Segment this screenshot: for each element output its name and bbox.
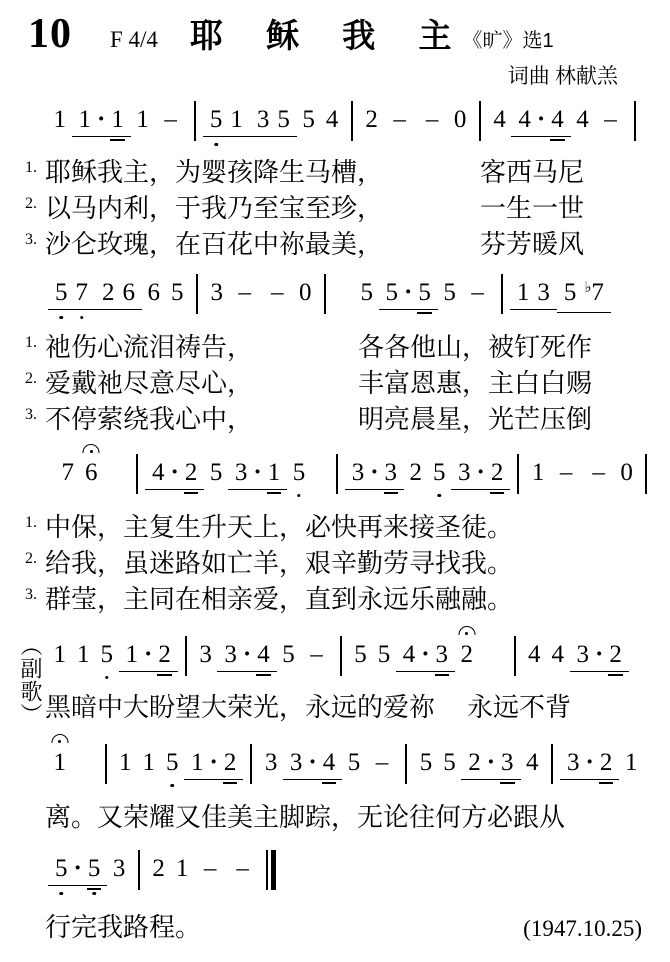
note: 7	[72, 278, 93, 308]
note: 5	[204, 458, 228, 488]
dash-note: –	[582, 458, 615, 488]
note: 0	[615, 458, 639, 488]
final-barline	[266, 850, 276, 890]
note: 1	[72, 640, 96, 670]
double-underline	[384, 492, 399, 494]
double-underline	[550, 139, 565, 141]
note: 1	[75, 105, 96, 135]
note: 5	[414, 278, 435, 308]
octave-dot	[60, 892, 64, 896]
note-group: 13	[510, 278, 557, 310]
octave-dot	[92, 892, 96, 896]
octave-dot	[80, 316, 84, 320]
fermata-dot	[465, 632, 468, 635]
barline	[645, 454, 647, 494]
hymn-sheet-page: 10 F 4/4 耶 稣 我 主 《旷》选1 词曲 林献羔 11·11–5135…	[0, 0, 670, 962]
chorus-section: （副歌） 1151·233·45–554·32443·2 黑暗中大盼望大荣光，永…	[0, 618, 670, 726]
note: 4	[521, 748, 545, 778]
barline	[324, 274, 326, 314]
chorus-lyric-line-1: 黑暗中大盼望大荣光，永远的爱祢永远不背	[0, 690, 670, 726]
fermata-icon	[458, 626, 475, 635]
note: 3	[253, 105, 274, 135]
note: 5	[438, 278, 462, 308]
note: 5	[277, 640, 301, 670]
barline	[514, 636, 516, 676]
fermata-dot	[58, 740, 61, 743]
verse-row: 2.以马内利，于我乃至宝至珍，一生一世	[0, 191, 670, 227]
dash-note: –	[229, 278, 262, 308]
music-line-2: 5726653––055·55–135♭7	[48, 263, 670, 328]
barline	[196, 274, 198, 314]
verse-text-right: 芬芳暖风	[480, 227, 584, 263]
verse-block-2: 1.祂伤心流泪祷告，各各他山，被钉死作2.爱戴祂尽意尽心，丰富恩惠，主白白赐3.…	[0, 330, 670, 438]
note: 2	[220, 748, 241, 778]
verse-text-left: 沙仑玫瑰，在百花中祢最美，	[45, 230, 383, 259]
double-underline	[490, 492, 505, 494]
note: 2	[605, 640, 626, 670]
note: 5	[95, 640, 119, 670]
note: 5	[438, 748, 462, 778]
note: 4	[523, 640, 547, 670]
note: 5	[84, 854, 105, 884]
note: 3	[231, 458, 252, 488]
note: 4	[488, 105, 512, 135]
note-group: 3·3	[345, 458, 404, 490]
double-underline	[608, 674, 623, 676]
dot-separator: ·	[306, 748, 318, 778]
music-line-4: 1151·233·45–554·32443·2	[48, 618, 670, 690]
verse-number: 2.	[25, 541, 37, 577]
note: 1	[170, 854, 194, 884]
note: 5	[342, 748, 366, 778]
note: 3	[563, 748, 584, 778]
dash-note: –	[226, 854, 259, 884]
note: 3	[432, 640, 453, 670]
note: 1	[187, 748, 208, 778]
double-underline	[267, 492, 282, 494]
note-group: 1·2	[119, 640, 178, 672]
note: 2	[487, 458, 508, 488]
note: 5	[382, 278, 403, 308]
note: 3	[259, 748, 283, 778]
music-line-5: 11151·233·45–552·343·21	[48, 726, 670, 798]
hymn-source-ref: 《旷》选1	[462, 24, 553, 53]
barline	[501, 274, 503, 314]
note: 4	[546, 640, 570, 670]
note: 3	[573, 640, 594, 670]
note: 1	[226, 105, 247, 135]
note: 6	[119, 278, 140, 308]
note: 4	[571, 105, 595, 135]
note: 1	[264, 458, 285, 488]
verse-text-left: 祂伤心流泪祷告，	[45, 333, 253, 362]
barline	[185, 636, 187, 676]
dash-note: –	[594, 105, 627, 135]
note-group: 5·5	[379, 278, 438, 310]
note: 5	[273, 105, 294, 135]
final-lyric: 行完我路程。	[0, 910, 201, 946]
note: 2	[147, 854, 171, 884]
flat-icon: ♭	[584, 280, 591, 296]
barline	[194, 101, 196, 141]
composition-date: (1947.10.25)	[523, 916, 642, 942]
verse-number: 1.	[25, 150, 37, 186]
fermata-icon	[83, 444, 100, 453]
note: 6	[80, 458, 104, 488]
note-group: 3·1	[228, 458, 287, 490]
note: 2	[455, 640, 479, 670]
double-underline	[157, 674, 172, 676]
note: 1	[137, 748, 161, 778]
dot-separator: ·	[402, 278, 414, 308]
note: 3	[107, 854, 131, 884]
barline	[105, 744, 107, 784]
note: 1	[48, 748, 72, 778]
dot-separator: ·	[368, 458, 380, 488]
note-group: 26	[95, 278, 142, 310]
barline	[479, 101, 481, 141]
note: 3	[533, 278, 554, 308]
verse-text-right: 一生一世	[480, 191, 584, 227]
note-group: 3·2	[570, 640, 629, 672]
note: 5	[166, 278, 190, 308]
verse-row: 1.中保，主复生升天上，必快再来接圣徒。	[0, 510, 670, 546]
note: 3	[454, 458, 475, 488]
verse-text-right: 各各他山，被钉死作	[358, 330, 592, 366]
dot-separator: ·	[485, 748, 497, 778]
note: 1	[107, 105, 128, 135]
note-group: 51	[203, 105, 250, 137]
music-line-1: 11·11–5135542––044·44–	[48, 90, 670, 153]
verse-number: 1.	[25, 325, 37, 361]
note-group: 3·4	[217, 640, 276, 672]
music-line-6: 5·5321––	[48, 836, 670, 906]
dot-separator: ·	[169, 458, 181, 488]
note-group: 5♭7	[557, 278, 611, 313]
lyric-segment: 黑暗中大盼望大荣光，永远的爱祢	[45, 693, 435, 722]
note: 0	[294, 278, 318, 308]
verse-block-3: 1.中保，主复生升天上，必快再来接圣徒。2.给我，虽迷路如亡羊，艰辛勤劳寻找我。…	[0, 510, 670, 618]
dash-note: –	[366, 748, 399, 778]
verse-text-left: 给我，虽迷路如亡羊，艰辛勤劳寻找我。	[45, 549, 513, 578]
note: 2	[464, 748, 485, 778]
barline	[634, 101, 636, 141]
barline	[250, 744, 252, 784]
note-group: 3·4	[283, 748, 342, 780]
note: 1	[526, 458, 550, 488]
verse-block-1: 1.耶稣我主，为婴孩降生马槽，客西马尼2.以马内利，于我乃至宝至珍，一生一世3.…	[0, 155, 670, 263]
note: 5	[206, 105, 227, 135]
note: 5	[372, 640, 396, 670]
dot-separator: ·	[241, 640, 253, 670]
note: 1	[48, 105, 72, 135]
lyric-segment: 永远不背	[467, 693, 571, 722]
barline	[551, 744, 553, 784]
note-group: 3·2	[451, 458, 510, 490]
note: 1	[122, 640, 143, 670]
dot-separator: ·	[593, 640, 605, 670]
note: 3	[220, 640, 241, 670]
barline	[351, 101, 353, 141]
verse-text-right: 丰富恩惠，主白白赐	[358, 366, 592, 402]
octave-dot	[60, 316, 64, 320]
verse-row: 3.群莹，主同在相亲爱，直到永远乐融融。	[0, 582, 670, 618]
verse-row: 1.祂伤心流泪祷告，各各他山，被钉死作	[0, 330, 670, 366]
note-group: 2·3	[461, 748, 520, 780]
header: 10 F 4/4 耶 稣 我 主 《旷》选1	[0, 0, 670, 58]
dot-separator: ·	[72, 854, 84, 884]
hymn-title: 耶 稣 我 主	[190, 10, 469, 57]
note-group: 5·5	[48, 854, 107, 886]
octave-dot	[438, 494, 442, 498]
verse-number: 2.	[25, 186, 37, 222]
note: 2	[154, 640, 175, 670]
note: 3	[348, 458, 369, 488]
note: 2	[181, 458, 202, 488]
note: 3	[381, 458, 402, 488]
note: 3	[286, 748, 307, 778]
dash-note: –	[550, 458, 583, 488]
dash-note: –	[300, 640, 333, 670]
note: 1	[619, 748, 643, 778]
note: 5	[51, 854, 72, 884]
verse-number: 2.	[25, 361, 37, 397]
verse-row: 3.沙仑玫瑰，在百花中祢最美，芬芳暖风	[0, 227, 670, 263]
double-underline	[417, 312, 432, 314]
barline	[405, 744, 407, 784]
double-underline	[599, 782, 614, 784]
note: 3	[205, 278, 229, 308]
note: 1	[513, 278, 534, 308]
double-underline	[110, 139, 125, 141]
dash-note: –	[194, 854, 227, 884]
barline	[517, 454, 519, 494]
note-group: 1·2	[184, 748, 243, 780]
note: 3	[194, 640, 218, 670]
note-group: 35	[250, 105, 297, 137]
dot-separator: ·	[584, 748, 596, 778]
dash-note: –	[261, 278, 294, 308]
note: 4	[399, 640, 420, 670]
double-underline	[322, 782, 337, 784]
key-time-signature: F 4/4	[110, 27, 158, 53]
verse-text-left: 以马内利，于我乃至宝至珍，	[45, 194, 383, 223]
barline	[340, 636, 342, 676]
dot-separator: ·	[419, 640, 431, 670]
dot-separator: ·	[251, 458, 263, 488]
verse-text-left: 爱戴祂尽意尽心，	[45, 369, 253, 398]
note: 2	[98, 278, 119, 308]
note: 7	[56, 458, 80, 488]
note: 4	[148, 458, 169, 488]
verse-text-left: 中保，主复生升天上，必快再来接圣徒。	[45, 513, 513, 542]
double-underline	[500, 782, 515, 784]
double-underline	[435, 674, 450, 676]
verse-text-right: 客西马尼	[480, 155, 584, 191]
note: 1	[48, 640, 72, 670]
note: 4	[319, 748, 340, 778]
note: 6	[142, 278, 166, 308]
note: 5	[287, 458, 311, 488]
note: 5	[51, 278, 72, 308]
verse-text-left: 群莹，主同在相亲爱，直到永远乐融融。	[45, 585, 513, 614]
note: 5	[414, 748, 438, 778]
verse-number: 3.	[25, 577, 37, 613]
verse-number: 1.	[25, 505, 37, 541]
note: ♭7	[580, 278, 608, 311]
note: 5	[161, 748, 185, 778]
note: 2	[404, 458, 428, 488]
note: 5	[428, 458, 452, 488]
footer-row: 行完我路程。 (1947.10.25)	[0, 910, 670, 946]
octave-dot	[297, 494, 301, 498]
octave-dot	[214, 143, 218, 147]
music-line-3: 764·253·153·3253·21––0	[56, 438, 670, 508]
verse-row: 3.不停萦绕我心中，明亮晨星，光芒压倒	[0, 402, 670, 438]
verse-row: 1.耶稣我主，为婴孩降生马槽，客西马尼	[0, 155, 670, 191]
note: 0	[448, 105, 472, 135]
note-group: 4·4	[511, 105, 570, 137]
fermata-dot	[90, 450, 93, 453]
verse-number: 3.	[25, 397, 37, 433]
note: 5	[349, 640, 373, 670]
fermata-icon	[51, 734, 68, 743]
verse-text-left: 不停萦绕我心中，	[45, 405, 253, 434]
note-group: 1·1	[72, 105, 131, 137]
chorus-label: （副歌）	[17, 634, 43, 726]
dash-note: –	[461, 278, 494, 308]
note: 2	[596, 748, 617, 778]
note-group: 4·3	[396, 640, 455, 672]
chorus-lyric-line-2: 离。又荣耀又佳美主脚踪，无论往何方必跟从	[0, 800, 670, 836]
octave-dot	[105, 676, 109, 680]
dot-separator: ·	[208, 748, 220, 778]
verse-number: 3.	[25, 222, 37, 258]
dot-separator: ·	[535, 105, 547, 135]
note-group: 57	[48, 278, 95, 310]
barline	[138, 850, 140, 890]
note: 2	[360, 105, 384, 135]
barline	[336, 454, 338, 494]
note: 4	[253, 640, 274, 670]
note: 5	[355, 278, 379, 308]
double-underline	[256, 674, 271, 676]
verse-text-left: 耶稣我主，为婴孩降生马槽，	[45, 158, 383, 187]
verse-row: 2.爱戴祂尽意尽心，丰富恩惠，主白白赐	[0, 366, 670, 402]
note: 3	[497, 748, 518, 778]
note: 4	[320, 105, 344, 135]
note: 5	[297, 105, 321, 135]
byline-author: 词曲 林献羔	[0, 60, 670, 90]
double-underline	[223, 782, 238, 784]
note-group: 4·2	[145, 458, 204, 490]
dash-note: –	[154, 105, 187, 135]
double-underline	[184, 492, 199, 494]
verse-text-right: 明亮晨星，光芒压倒	[358, 402, 592, 438]
barline	[136, 454, 138, 494]
dash-note: –	[383, 105, 416, 135]
note: 5	[560, 278, 581, 308]
note: 1	[131, 105, 155, 135]
dot-separator: ·	[475, 458, 487, 488]
note: 4	[547, 105, 568, 135]
dot-separator: ·	[142, 640, 154, 670]
note-group: 3·2	[560, 748, 619, 780]
note: 1	[114, 748, 138, 778]
dash-note: –	[416, 105, 449, 135]
dot-separator: ·	[95, 105, 107, 135]
double-underline	[87, 888, 102, 890]
note: 4	[514, 105, 535, 135]
hymn-number: 10	[28, 10, 72, 58]
octave-dot	[171, 784, 175, 788]
verse-row: 2.给我，虽迷路如亡羊，艰辛勤劳寻找我。	[0, 546, 670, 582]
